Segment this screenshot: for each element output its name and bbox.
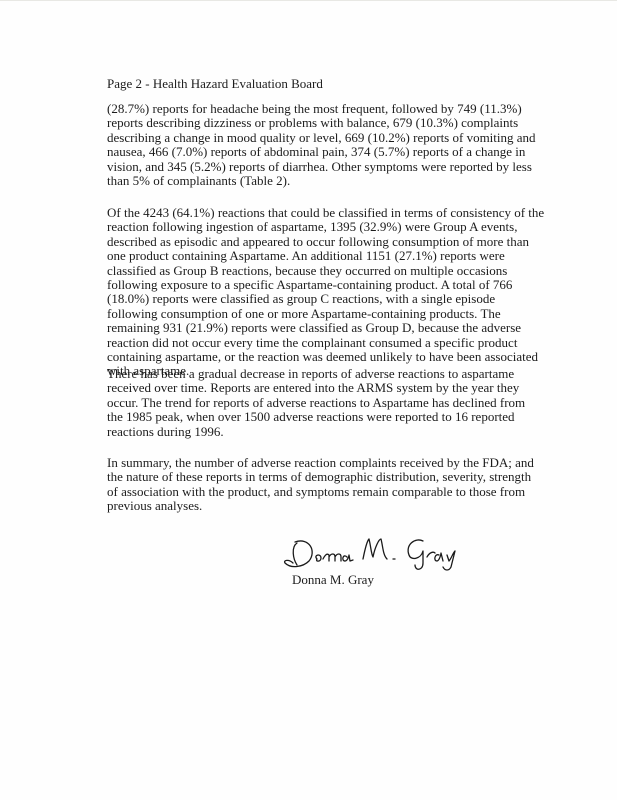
text-line: There has been a gradual decrease in rep… [107,367,547,381]
text-line: (18.0%) reports were classified as group… [107,292,547,306]
text-line: occur. The trend for reports of adverse … [107,396,547,410]
text-line: of association with the product, and sym… [107,485,547,499]
paragraph-trend: There has been a gradual decrease in rep… [107,367,547,439]
text-line: describing a change in mood quality or l… [107,131,547,145]
text-line: reports describing dizziness or problems… [107,116,547,130]
text-line: classified as Group B reactions, because… [107,264,547,278]
text-line: Of the 4243 (64.1%) reactions that could… [107,206,547,220]
text-line: In summary, the number of adverse reacti… [107,456,547,470]
handwritten-signature [283,533,473,573]
signer-name: Donna M. Gray [292,572,374,587]
text-line: following consumption of one or more Asp… [107,307,547,321]
paragraph-symptoms: (28.7%) reports for headache being the m… [107,102,547,188]
text-line: vision, and 345 (5.2%) reports of diarrh… [107,160,547,174]
text-line: reaction did not occur every time the co… [107,336,547,350]
text-line: described as episodic and appeared to oc… [107,235,547,249]
page-header: Page 2 - Health Hazard Evaluation Board [107,76,323,91]
document-page: Page 2 - Health Hazard Evaluation Board … [0,0,617,800]
text-line: than 5% of complainants (Table 2). [107,174,547,188]
paragraph-classification: Of the 4243 (64.1%) reactions that could… [107,206,547,379]
text-line: reaction following ingestion of aspartam… [107,220,547,234]
text-line: nausea, 466 (7.0%) reports of abdominal … [107,145,547,159]
text-line: containing aspartame, or the reaction wa… [107,350,547,364]
text-line: following exposure to a specific Asparta… [107,278,547,292]
text-line: (28.7%) reports for headache being the m… [107,102,547,116]
text-line: one product containing Aspartame. An add… [107,249,547,263]
text-line: the nature of these reports in terms of … [107,470,547,484]
paragraph-summary: In summary, the number of adverse reacti… [107,456,547,514]
text-line: remaining 931 (21.9%) reports were class… [107,321,547,335]
text-line: received over time. Reports are entered … [107,381,547,395]
text-line: previous analyses. [107,499,547,513]
text-line: reactions during 1996. [107,425,547,439]
text-line: the 1985 peak, when over 1500 adverse re… [107,410,547,424]
